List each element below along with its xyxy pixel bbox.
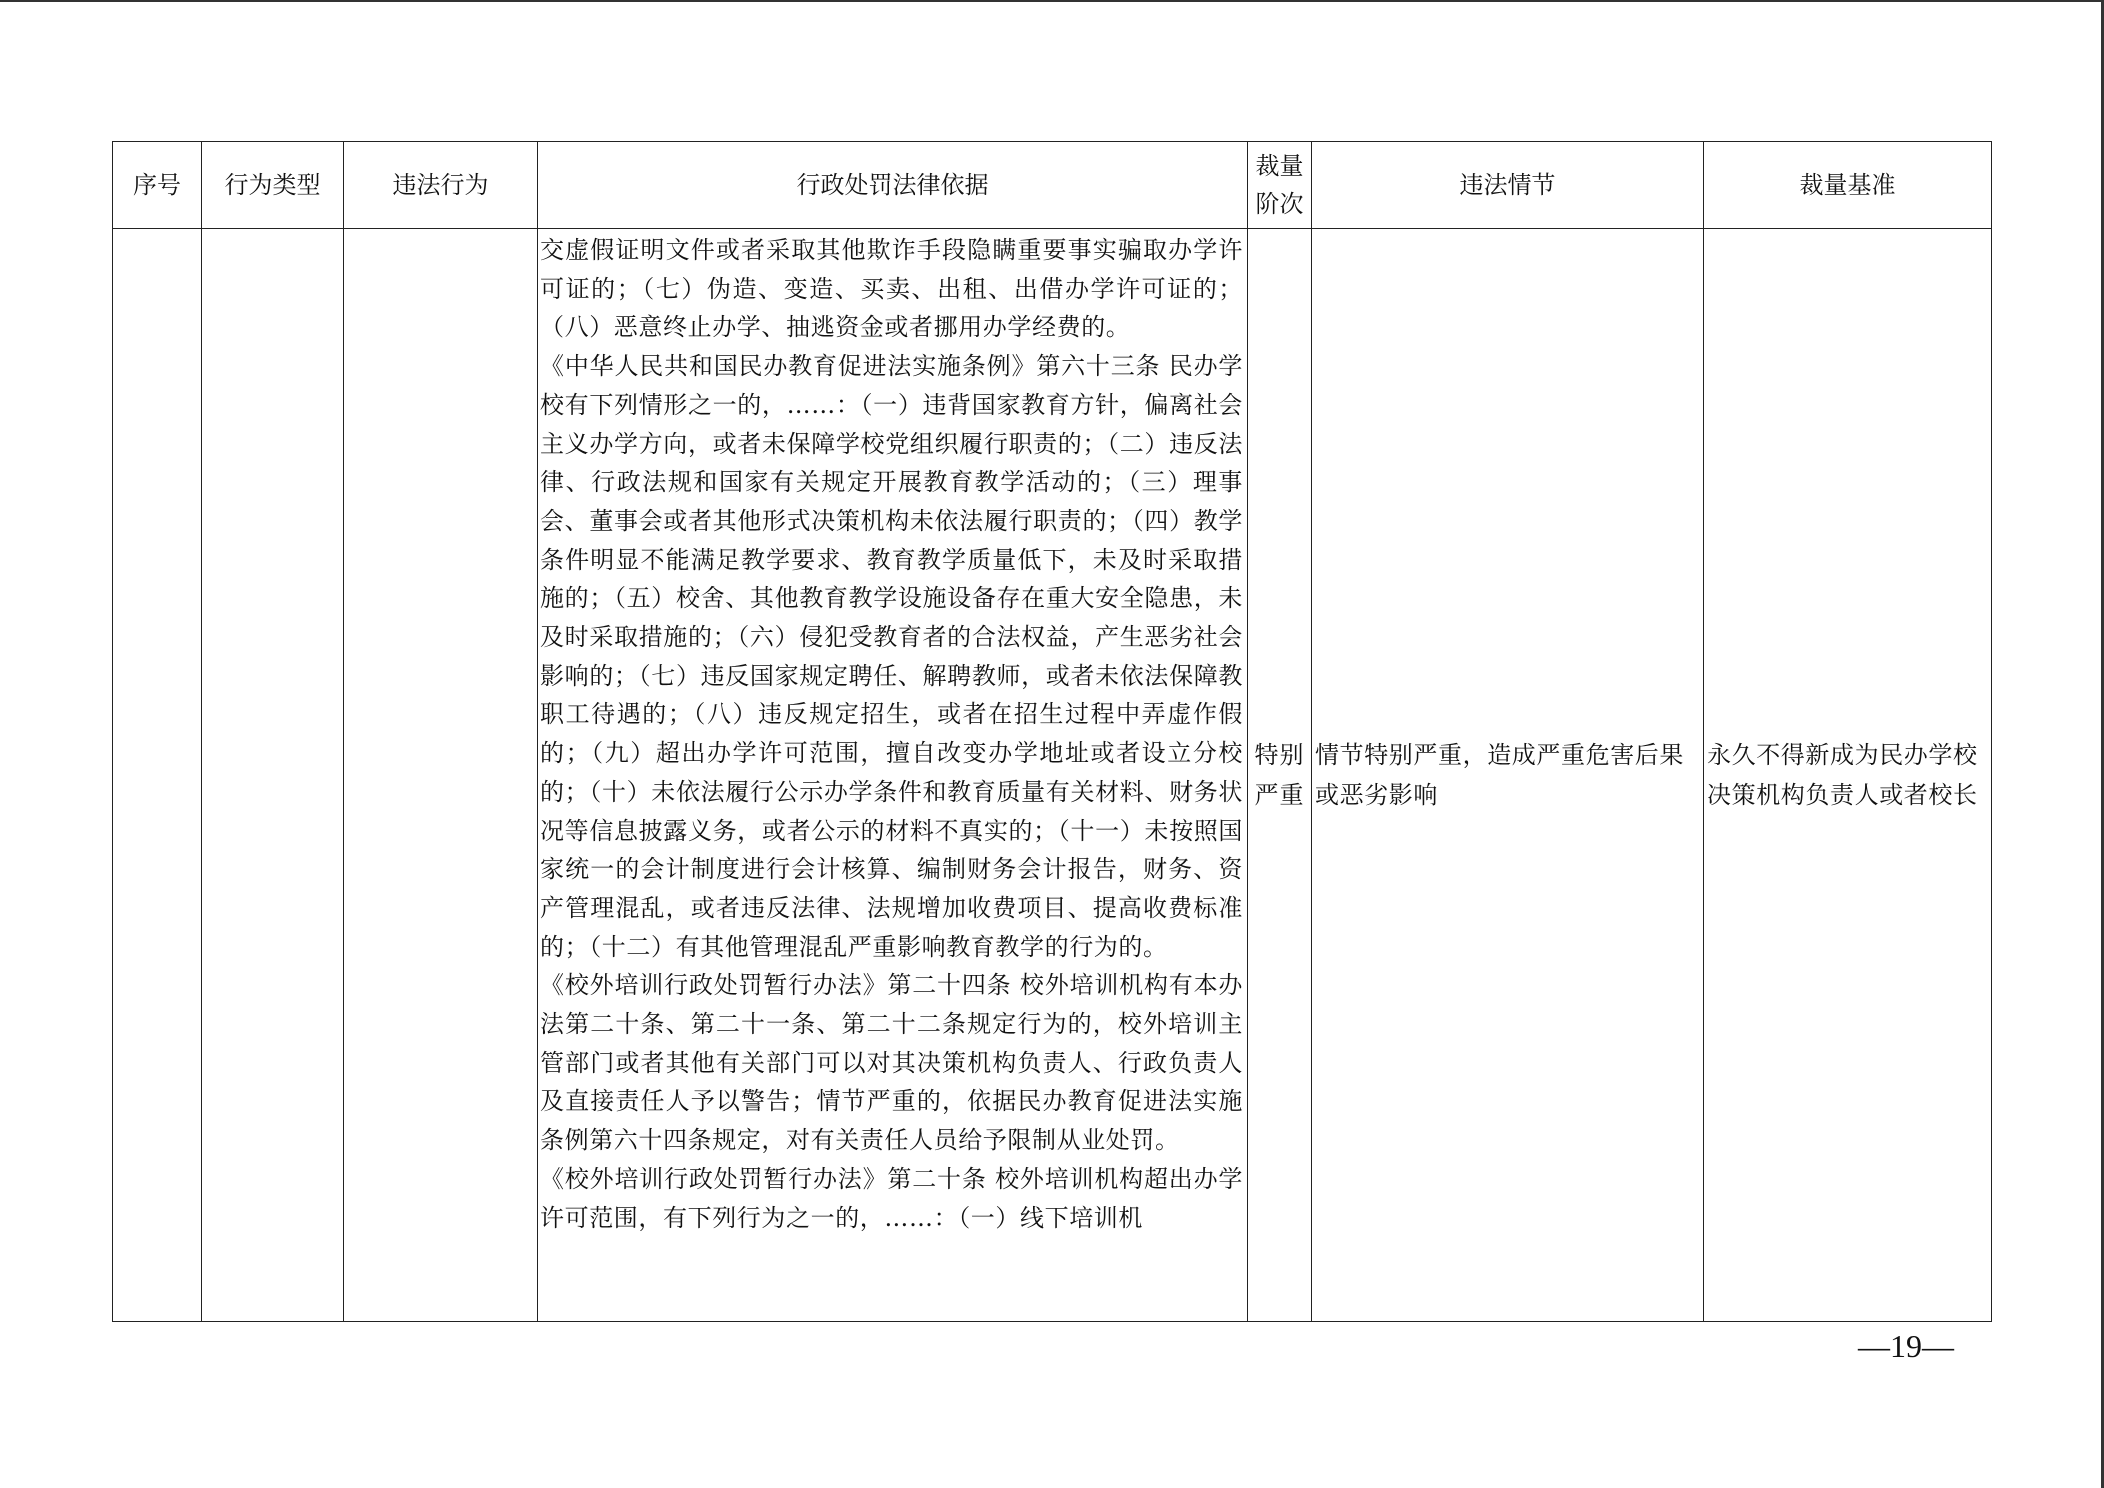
cell-behavior-type — [202, 229, 344, 1322]
header-level: 裁量 阶次 — [1248, 142, 1312, 229]
legal-basis-paragraph: 《校外培训行政处罚暂行办法》第二十四条 校外培训机构有本办法第二十条、第二十一条… — [540, 966, 1243, 1160]
cell-legal-basis: 交虚假证明文件或者采取其他欺诈手段隐瞒重要事实骗取办学许可证的；（七）伪造、变造… — [538, 229, 1248, 1322]
level-line-1: 特别 — [1248, 735, 1311, 775]
header-circumstance: 违法情节 — [1312, 142, 1704, 229]
header-behavior-type: 行为类型 — [202, 142, 344, 229]
cell-violation — [344, 229, 538, 1322]
header-benchmark: 裁量基准 — [1704, 142, 1992, 229]
legal-basis-paragraph: 《校外培训行政处罚暂行办法》第二十条 校外培训机构超出办学许可范围，有下列行为之… — [540, 1160, 1243, 1237]
cell-level: 特别 严重 — [1248, 229, 1312, 1322]
legal-basis-paragraph: 《中华人民共和国民办教育促进法实施条例》第六十三条 民办学校有下列情形之一的，…… — [540, 347, 1243, 966]
table-header-row: 序号 行为类型 违法行为 行政处罚法律依据 裁量 阶次 违法情节 裁量基准 — [113, 142, 1992, 229]
page-number: —19— — [1858, 1328, 1954, 1365]
page-top-edge — [0, 0, 2104, 2]
table-row: 交虚假证明文件或者采取其他欺诈手段隐瞒重要事实骗取办学许可证的；（七）伪造、变造… — [113, 229, 1992, 1322]
header-level-line-2: 阶次 — [1248, 185, 1311, 223]
legal-basis-paragraph: 交虚假证明文件或者采取其他欺诈手段隐瞒重要事实骗取办学许可证的；（七）伪造、变造… — [540, 231, 1243, 347]
header-legal-basis: 行政处罚法律依据 — [538, 142, 1248, 229]
cell-circumstance: 情节特别严重，造成严重危害后果或恶劣影响 — [1312, 229, 1704, 1322]
header-level-line-1: 裁量 — [1248, 147, 1311, 185]
level-line-2: 严重 — [1248, 775, 1311, 815]
discretion-table: 序号 行为类型 违法行为 行政处罚法律依据 裁量 阶次 违法情节 裁量基准 交虚… — [112, 141, 1992, 1322]
header-seq: 序号 — [113, 142, 202, 229]
cell-seq — [113, 229, 202, 1322]
cell-benchmark: 永久不得新成为民办学校决策机构负责人或者校长 — [1704, 229, 1992, 1322]
header-violation: 违法行为 — [344, 142, 538, 229]
